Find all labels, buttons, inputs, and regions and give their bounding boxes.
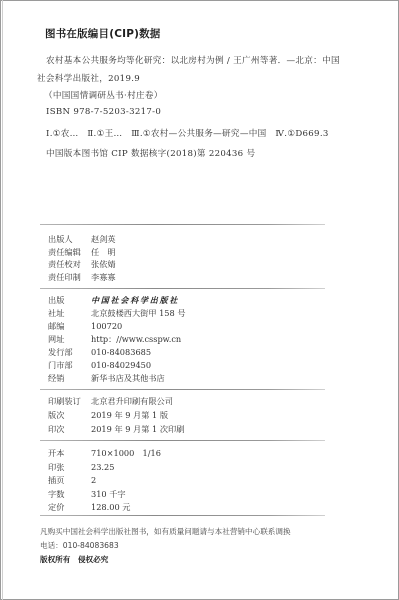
cip-isbn: ISBN 978-7-5203-3217-0 xyxy=(46,107,161,117)
row-value: 128.00 元 xyxy=(91,502,130,513)
row-label: 责任印制 xyxy=(48,272,83,283)
printing-row: 印刷装订北京君升印刷有限公司 xyxy=(48,396,83,407)
cip-heading: 图书在版编目(CIP)数据 xyxy=(45,26,161,41)
staff-row: 责任校对张依婧 xyxy=(48,259,83,270)
publisher-row: 出版中国社会科学出版社 xyxy=(48,295,83,306)
row-value: 2019 年 9 月第 1 次印刷 xyxy=(91,424,184,435)
row-value: 010-84029450 xyxy=(91,360,151,370)
printing-row: 版次2019 年 9 月第 1 版 xyxy=(48,410,83,421)
row-label: 字数 xyxy=(48,489,83,500)
page-edge-shadow xyxy=(2,0,3,600)
staff-row: 责任印制李寡寡 xyxy=(48,272,83,283)
row-value: 北京君升印刷有限公司 xyxy=(91,396,173,407)
row-value: 任 明 xyxy=(91,247,116,258)
row-value: 010-84083685 xyxy=(91,347,151,357)
row-value: 23.25 xyxy=(91,462,114,472)
row-label: 发行部 xyxy=(48,347,83,358)
cip-number: 中国版本图书馆 CIP 数据核字(2018)第 220436 号 xyxy=(46,147,255,159)
row-label: 门市部 xyxy=(48,360,83,371)
publisher-row: 门市部010-84029450 xyxy=(48,360,83,371)
specs-row: 定价128.00 元 xyxy=(48,502,83,513)
row-value: 2019 年 9 月第 1 版 xyxy=(91,410,168,421)
row-value: http：//www.csspw.cn xyxy=(91,334,181,345)
staff-row: 出版人赵剑英 xyxy=(48,234,83,245)
row-value: 新华书店及其他书店 xyxy=(91,373,165,384)
row-label: 版次 xyxy=(48,410,83,421)
divider xyxy=(40,288,325,289)
publisher-row: 发行部010-84083685 xyxy=(48,347,83,358)
row-label: 网址 xyxy=(48,334,83,345)
row-label: 出版人 xyxy=(48,234,83,245)
divider xyxy=(40,440,325,441)
specs-row: 开本710×1000 1/16 xyxy=(48,448,83,459)
row-value: 中国社会科学出版社 xyxy=(91,295,179,306)
row-label: 定价 xyxy=(48,502,83,513)
footer-phone: 电话：010-84083683 xyxy=(40,540,119,551)
specs-row: 插页2 xyxy=(48,475,83,486)
row-value: 2 xyxy=(91,475,96,485)
row-label: 经销 xyxy=(48,373,83,384)
row-label: 开本 xyxy=(48,448,83,459)
row-value: 张依婧 xyxy=(91,259,116,270)
specs-row: 字数310 千字 xyxy=(48,489,83,500)
divider xyxy=(40,515,325,516)
row-label: 邮编 xyxy=(48,321,83,332)
footer-notice: 凡购买中国社会科学出版社图书，如有质量问题请与本社营销中心联系调换 xyxy=(40,526,291,537)
row-value: 100720 xyxy=(91,321,122,331)
publisher-row: 网址http：//www.csspw.cn xyxy=(48,334,83,345)
cip-series: （中国国情调研丛书·村庄卷） xyxy=(44,89,163,101)
row-label: 印刷装订 xyxy=(48,396,83,407)
divider xyxy=(40,224,325,225)
divider xyxy=(40,389,325,390)
row-label: 责任校对 xyxy=(48,259,83,270)
row-value: 赵剑英 xyxy=(91,234,116,245)
publisher-row: 社址北京鼓楼西大街甲 158 号 xyxy=(48,308,83,319)
row-label: 插页 xyxy=(48,475,83,486)
row-label: 印次 xyxy=(48,424,83,435)
cip-line-2: 社会科学出版社，2019.9 xyxy=(37,72,140,84)
publisher-row: 邮编100720 xyxy=(48,321,83,332)
row-label: 出版 xyxy=(48,295,83,306)
row-value: 李寡寡 xyxy=(91,272,116,283)
footer-rights: 版权所有 侵权必究 xyxy=(40,554,108,565)
specs-row: 印张23.25 xyxy=(48,462,83,473)
row-label: 责任编辑 xyxy=(48,247,83,258)
cip-line-1: 农村基本公共服务均等化研究：以北房村为例 / 王广州等著．—北京：中国 xyxy=(46,54,340,66)
row-value: 北京鼓楼西大街甲 158 号 xyxy=(91,308,186,319)
cip-classification: Ⅰ.①农… Ⅱ.①王… Ⅲ.①农村—公共服务—研究—中国 Ⅳ.①D669.3 xyxy=(46,127,329,139)
staff-row: 责任编辑任 明 xyxy=(48,247,83,258)
publisher-row: 经销新华书店及其他书店 xyxy=(48,373,83,384)
row-label: 印张 xyxy=(48,462,83,473)
row-value: 710×1000 1/16 xyxy=(91,448,161,459)
printing-row: 印次2019 年 9 月第 1 次印刷 xyxy=(48,424,83,435)
row-value: 310 千字 xyxy=(91,489,126,500)
row-label: 社址 xyxy=(48,308,83,319)
